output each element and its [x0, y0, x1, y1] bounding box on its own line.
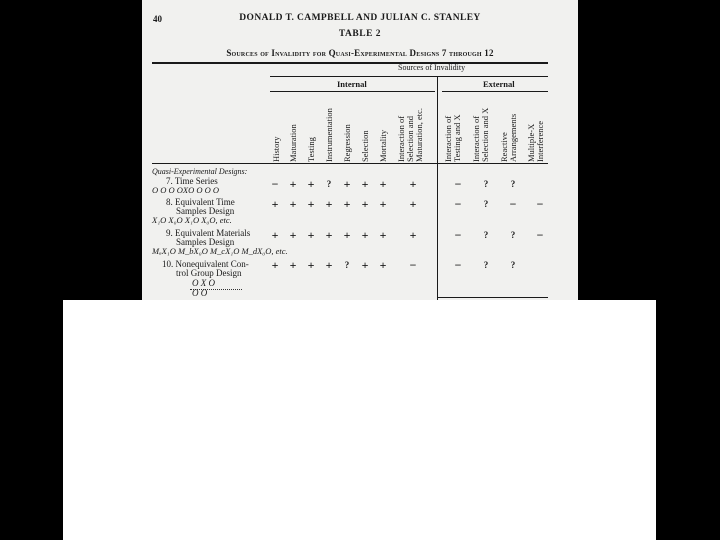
cell: + [359, 259, 371, 271]
cell: ? [323, 178, 335, 190]
cell: − [407, 259, 419, 271]
cell: ? [507, 259, 519, 271]
cell: + [287, 178, 299, 190]
cell: + [287, 198, 299, 210]
col-instrumentation: Instrumentation [325, 108, 334, 162]
internal-rule [270, 91, 435, 92]
cell: + [341, 178, 353, 190]
sources-rule [270, 76, 548, 77]
row-10-label: 10. Nonequivalent Con- trol Group Design [152, 260, 249, 278]
cell: + [287, 259, 299, 271]
col-regression: Regression [343, 124, 352, 162]
col-interaction-testing-x: Interaction ofTesting and X [444, 114, 462, 162]
cell: − [534, 198, 546, 210]
cell: + [323, 229, 335, 241]
cell: + [305, 229, 317, 241]
cell: ? [480, 229, 492, 241]
cell: ? [507, 178, 519, 190]
cell: − [452, 198, 464, 210]
cell: + [359, 178, 371, 190]
cell: + [269, 229, 281, 241]
cell: − [452, 229, 464, 241]
scanned-page: 40 DONALD T. CAMPBELL AND JULIAN C. STAN… [142, 0, 578, 300]
internal-external-divider [437, 76, 438, 300]
cell: + [377, 198, 389, 210]
cell: + [359, 229, 371, 241]
cell: − [507, 198, 519, 210]
sources-of-invalidity-header: Sources of Invalidity [398, 63, 465, 72]
external-header: External [483, 79, 515, 89]
cell: ? [341, 259, 353, 271]
row-10-notation-top: O X O [192, 278, 215, 288]
cell: + [341, 229, 353, 241]
header-bottom-rule [152, 163, 548, 164]
col-selection: Selection [361, 130, 370, 162]
cell: ? [480, 178, 492, 190]
cell: + [359, 198, 371, 210]
cell: + [377, 178, 389, 190]
cell: + [305, 198, 317, 210]
col-mortality: Mortality [379, 130, 388, 162]
row-7-label: 7. Time Series O O O OXO O O O [152, 177, 219, 195]
col-interaction-selection-maturation: Interaction ofSelection andMaturation, e… [397, 108, 424, 162]
external-rule [442, 91, 548, 92]
cell: − [452, 178, 464, 190]
blank-overlay-area [63, 300, 656, 540]
section-label: Quasi-Experimental Designs: [152, 167, 247, 176]
cell: + [323, 198, 335, 210]
col-reactive-arrangements: ReactiveArrangements [500, 114, 518, 162]
cell: ? [480, 198, 492, 210]
cell: − [269, 178, 281, 190]
cell: + [407, 229, 419, 241]
cell: − [534, 229, 546, 241]
col-maturation: Maturation [289, 124, 298, 162]
row-8-label: 8. Equivalent Time Samples Design X₁O X₀… [152, 198, 235, 225]
cell: + [287, 229, 299, 241]
col-testing: Testing [307, 137, 316, 162]
cell: ? [507, 229, 519, 241]
running-head: DONALD T. CAMPBELL AND JULIAN C. STANLEY [142, 13, 578, 23]
cell: + [269, 259, 281, 271]
table-label: TABLE 2 [142, 29, 578, 39]
cell: + [407, 178, 419, 190]
table-caption: Sources of Invalidity for Quasi-Experime… [142, 48, 578, 58]
cell: ? [480, 259, 492, 271]
cell: − [452, 259, 464, 271]
internal-header: Internal [337, 79, 367, 89]
cell: + [407, 198, 419, 210]
cell: + [269, 198, 281, 210]
cell: + [377, 229, 389, 241]
top-rule [152, 62, 548, 64]
row-9-label: 9. Equivalent Materials Samples Design M… [152, 229, 288, 256]
col-multiple-x-interference: Multiple-XInterference [527, 121, 545, 162]
cell: + [341, 198, 353, 210]
col-history: History [272, 137, 281, 163]
row-10-notation-bottom: O O [192, 288, 207, 298]
cell: + [377, 259, 389, 271]
cell: + [323, 259, 335, 271]
bottom-rule [438, 297, 548, 298]
cell: + [305, 259, 317, 271]
cell: + [305, 178, 317, 190]
col-interaction-selection-x: Interaction ofSelection and X [472, 108, 490, 162]
